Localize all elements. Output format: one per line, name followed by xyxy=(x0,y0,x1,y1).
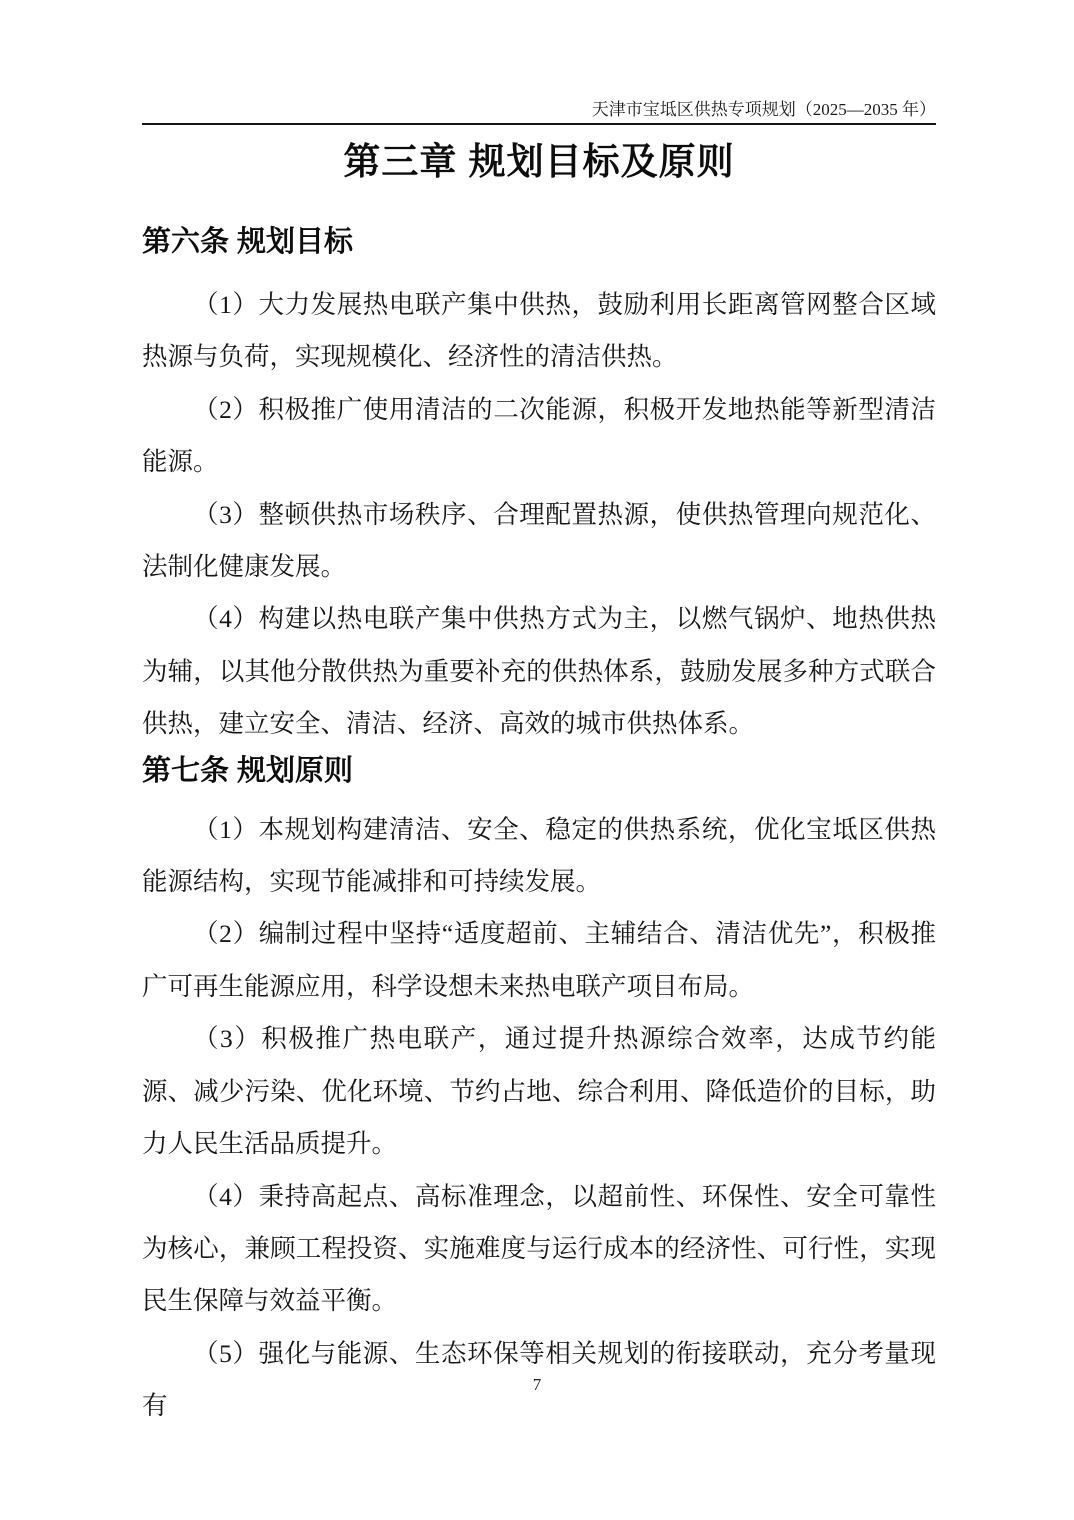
paragraph: （4）秉持高起点、高标准理念，以超前性、环保性、安全可靠性为核心，兼顾工程投资、… xyxy=(142,1171,936,1328)
document-page: 天津市宝坻区供热专项规划（2025—2035 年） 第三章 规划目标及原则 第六… xyxy=(0,0,1074,1520)
paragraph: （2）编制过程中坚持“适度超前、主辅结合、清洁优先”，积极推广可再生能源应用，科… xyxy=(142,908,936,1013)
paragraph: （2）积极推广使用清洁的二次能源，积极开发地热能等新型清洁能源。 xyxy=(142,384,936,489)
paragraph: （3）积极推广热电联产，通过提升热源综合效率，达成节约能源、减少污染、优化环境、… xyxy=(142,1013,936,1170)
section-principles: 第七条 规划原则 （1）本规划构建清洁、安全、稳定的供热系统，优化宝坻区供热能源… xyxy=(142,753,936,1433)
paragraph: （1）本规划构建清洁、安全、稳定的供热系统，优化宝坻区供热能源结构，实现节能减排… xyxy=(142,804,936,909)
section-principles-body: （1）本规划构建清洁、安全、稳定的供热系统，优化宝坻区供热能源结构，实现节能减排… xyxy=(142,804,936,1433)
paragraph: （1）大力发展热电联产集中供热，鼓励利用长距离管网整合区域热源与负荷，实现规模化… xyxy=(142,279,936,384)
page-header: 天津市宝坻区供热专项规划（2025—2035 年） xyxy=(142,0,936,125)
section-goals: 第六条 规划目标 （1）大力发展热电联产集中供热，鼓励利用长距离管网整合区域热源… xyxy=(142,224,936,751)
page-number: 7 xyxy=(0,1374,1074,1396)
paragraph: （4）构建以热电联产集中供热方式为主，以燃气锅炉、地热供热为辅，以其他分散供热为… xyxy=(142,593,936,750)
chapter-title: 第三章 规划目标及原则 xyxy=(142,140,936,184)
section-heading-goals: 第六条 规划目标 xyxy=(142,224,936,260)
content-column: 天津市宝坻区供热专项规划（2025—2035 年） 第三章 规划目标及原则 第六… xyxy=(142,0,936,1433)
section-goals-body: （1）大力发展热电联产集中供热，鼓励利用长距离管网整合区域热源与负荷，实现规模化… xyxy=(142,279,936,751)
paragraph: （3）整顿供热市场秩序、合理配置热源，使供热管理向规范化、法制化健康发展。 xyxy=(142,489,936,594)
section-heading-principles: 第七条 规划原则 xyxy=(142,753,936,789)
header-running-title: 天津市宝坻区供热专项规划（2025—2035 年） xyxy=(592,100,936,119)
